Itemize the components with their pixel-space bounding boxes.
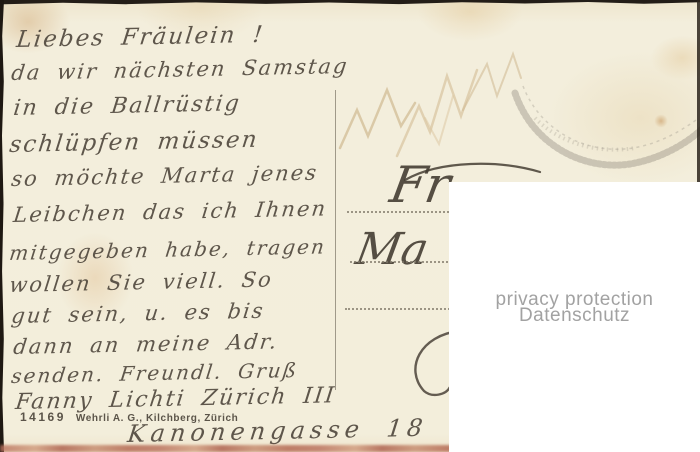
privacy-overlay-text-de: Datenschutz [449,308,700,324]
handwritten-line: in die Ballrüstig [12,91,242,121]
handwritten-street-note: Kanonengasse 18 [126,414,429,448]
address-dotted-line [345,308,457,310]
scan-edge-left [0,0,4,452]
handwritten-line: wollen Sie viell. So [8,268,274,297]
handwritten-line: da wir nächsten Samstag [10,54,350,85]
handwritten-line: so möchte Marta jenes [10,161,320,191]
pencil-scribble-marks [335,48,530,168]
handwritten-line: senden. Freundl. Gruß [10,358,300,388]
handwritten-line: dann an meine Adr. [12,329,280,359]
address-fragment-2: Ma [352,224,432,275]
handwritten-line: Leibchen das ich Ihnen [12,196,329,227]
postcard-scan: Liebes Fräulein ! da wir nächsten Samsta… [0,0,700,452]
handwritten-line: schlüpfen müssen [8,127,260,158]
scan-edge-top [0,0,700,5]
privacy-overlay: privacy protection Datenschutz [449,182,700,452]
imprint-number: 14169 [20,410,66,424]
handwritten-line: Liebes Fräulein ! [15,22,266,53]
handwritten-line: mitgegeben habe, tragen [8,234,327,265]
address-dotted-line [347,211,453,213]
handwritten-line: gut sein, u. es bis [10,299,266,328]
address-dotted-line [350,261,456,263]
